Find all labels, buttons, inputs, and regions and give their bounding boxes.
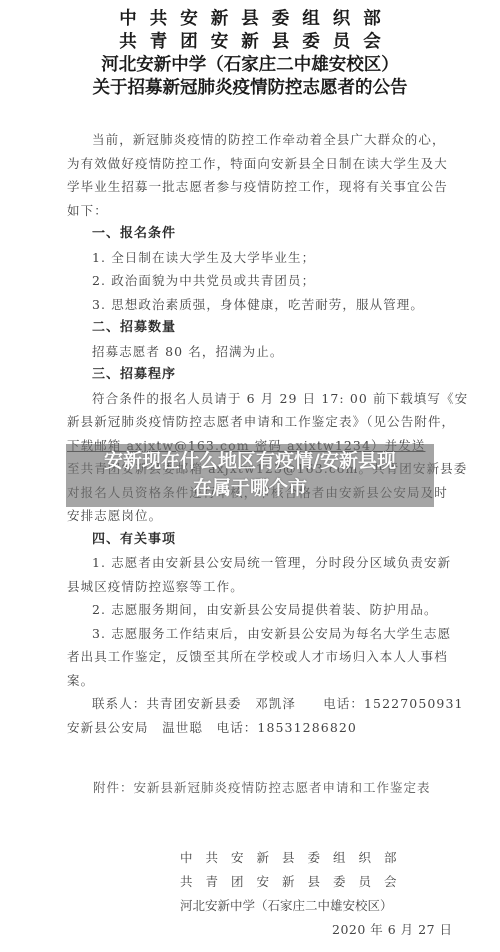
- notes-line: 1. 志愿者由安新县公安局统一管理，分时段分区域负责安新: [67, 551, 437, 575]
- procedure-line: 符合条件的报名人员请于 6 月 29 日 17: 00 前下载填写《安: [67, 387, 437, 411]
- caption-line-1: 安新现在什么地区有疫情/安新县现: [66, 448, 434, 475]
- signature-date: 2020 年 6 月 27 日: [332, 920, 453, 938]
- section-title-quota: 二、招募数量: [67, 316, 437, 340]
- notes-line: 2. 志愿服务期间，由安新县公安局提供着装、防护用品。: [67, 598, 437, 622]
- notes-line: 者出具工作鉴定，反馈至其所在学校或人才市场归入本人人事档: [67, 645, 437, 669]
- document-body: 当前，新冠肺炎疫情的防控工作牵动着全县广大群众的心， 为有效做好疫情防控工作，特…: [67, 128, 437, 739]
- section-title-notes: 四、有关事项: [67, 528, 437, 552]
- attachment-note: 附件：安新县新冠肺炎疫情防控志愿者申请和工作鉴定表: [93, 778, 431, 796]
- intro-line: 当前，新冠肺炎疫情的防控工作牵动着全县广大群众的心，: [67, 128, 437, 152]
- intro-line: 为有效做好疫情防控工作，特面向安新县全日制在读大学生及大: [67, 152, 437, 176]
- document-header: 中共安新县委组织部 共青团安新县委员会 河北安新中学（石家庄二中雄安校区） 关于…: [0, 8, 500, 100]
- signature-line-youth-league: 共青团安新县委员会: [180, 870, 410, 894]
- intro-line: 如下：: [67, 199, 437, 223]
- notes-line: 县城区疫情防控巡察等工作。: [67, 575, 437, 599]
- section-title-procedure: 三、招募程序: [67, 363, 437, 387]
- signature-line-school: 河北安新中学（石家庄二中雄安校区）: [180, 894, 410, 918]
- quota-text: 招募志愿者 80 名，招满为止。: [67, 340, 437, 364]
- caption-overlay-text: 安新现在什么地区有疫情/安新县现 在属于哪个市: [66, 448, 434, 502]
- procedure-line: 安排志愿岗位。: [67, 504, 437, 528]
- procedure-line: 新县新冠肺炎疫情防控志愿者申请和工作鉴定表》（见公告附件，: [67, 410, 437, 434]
- signature-line-org: 中共安新县委组织部: [180, 846, 410, 870]
- intro-line: 学毕业生招募一批志愿者参与疫情防控工作，现将有关事宜公告: [67, 175, 437, 199]
- notes-line: 3. 志愿服务工作结束后，由安新县公安局为每名大学生志愿: [67, 622, 437, 646]
- notes-line: 案。: [67, 669, 437, 693]
- header-line-org: 中共安新县委组织部: [13, 8, 500, 31]
- requirement-item: 3. 思想政治素质强，身体健康，吃苦耐劳，服从管理。: [67, 293, 437, 317]
- requirement-item: 1. 全日制在读大学生及大学毕业生；: [67, 246, 437, 270]
- requirement-item: 2. 政治面貌为中共党员或共青团员；: [67, 269, 437, 293]
- notice-document: 中共安新县委组织部 共青团安新县委员会 河北安新中学（石家庄二中雄安校区） 关于…: [0, 0, 500, 952]
- header-line-youth-league: 共青团安新县委员会: [13, 31, 500, 54]
- header-line-school: 河北安新中学（石家庄二中雄安校区）: [0, 54, 500, 77]
- document-title: 关于招募新冠肺炎疫情防控志愿者的公告: [0, 77, 500, 100]
- contact-line-youth-league: 联系人：共青团安新县委 邓凯泽 电话：15227050931: [67, 692, 437, 716]
- section-title-requirements: 一、报名条件: [67, 222, 437, 246]
- caption-line-2: 在属于哪个市: [66, 475, 434, 502]
- signature-block: 中共安新县委组织部 共青团安新县委员会 河北安新中学（石家庄二中雄安校区）: [180, 846, 410, 918]
- contact-line-police: 安新县公安局 温世聪 电话：18531286820: [67, 716, 437, 740]
